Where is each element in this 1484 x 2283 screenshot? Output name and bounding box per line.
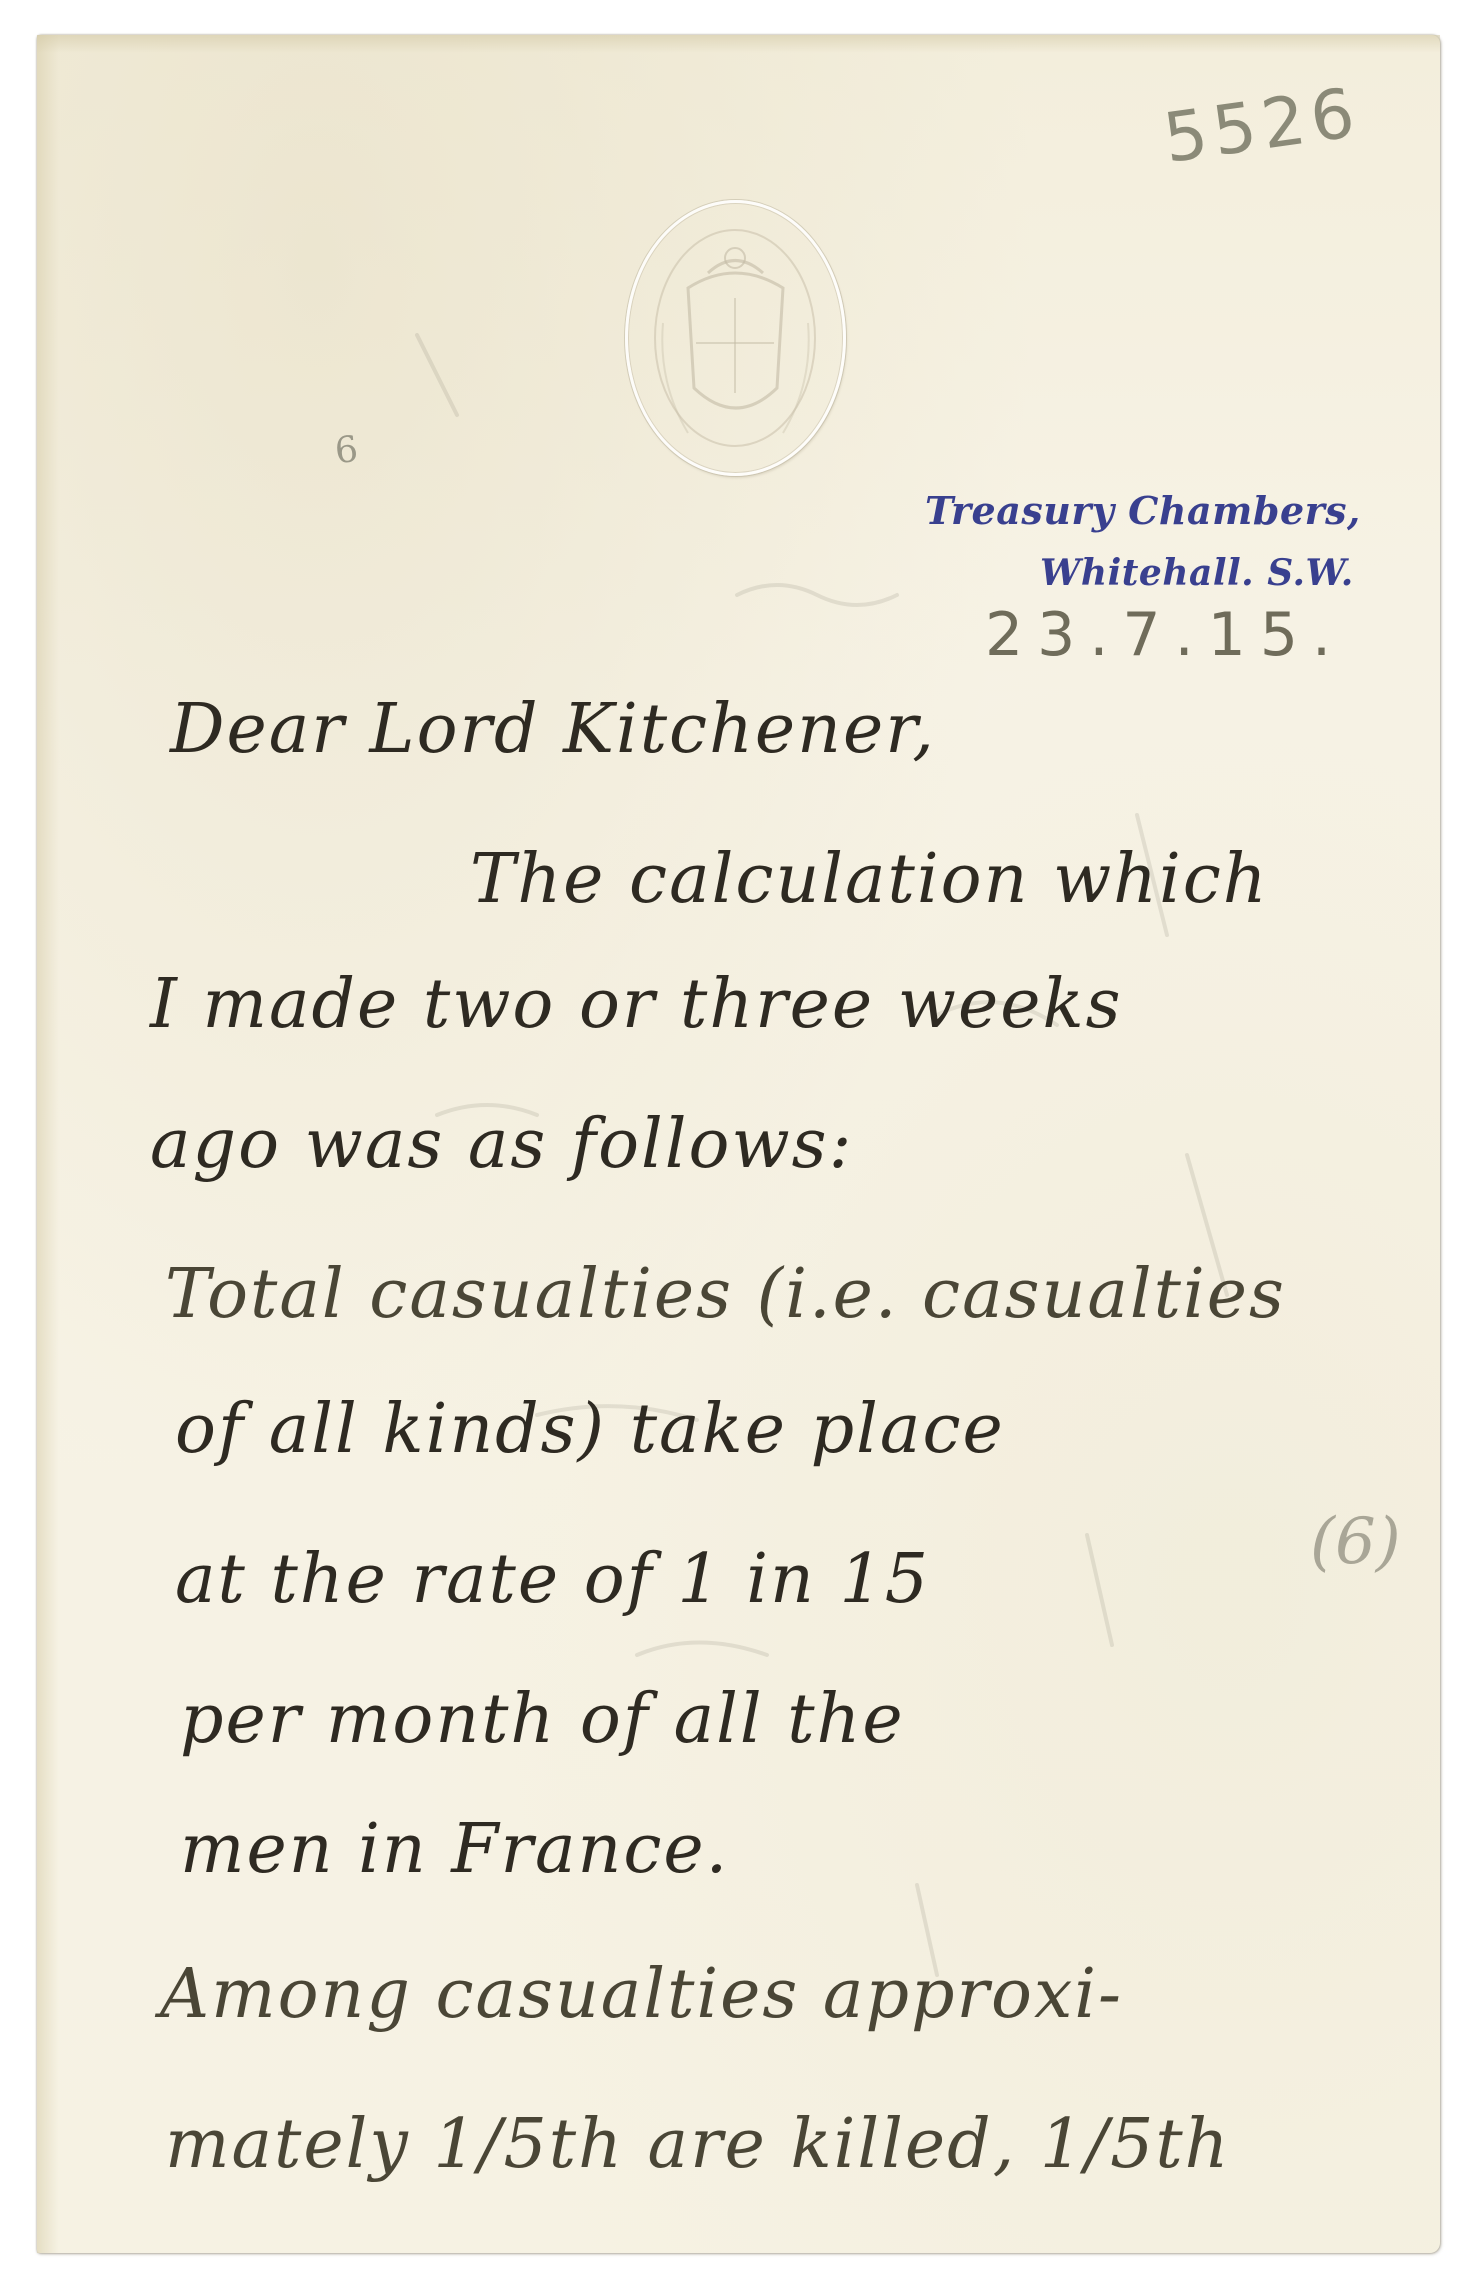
letterhead-line-2: Whitehall. S.W. — [1040, 552, 1354, 594]
pencil-mark: 6 — [333, 429, 360, 472]
letter-date: 23.7.15. — [985, 600, 1345, 670]
body-line: men in France. — [180, 1810, 729, 1889]
body-line: ago was as follows: — [150, 1105, 854, 1184]
letter-page: 5526 6 Treasury Chambers, Whitehall. S.W… — [37, 35, 1440, 2253]
body-line: I made two or three weeks — [150, 965, 1123, 1044]
margin-note: (6) — [1310, 1505, 1401, 1579]
body-line: Total casualties (i.e. casualties — [165, 1255, 1286, 1334]
body-line: of all kinds) take place — [175, 1390, 1005, 1469]
letterhead-line-1: Treasury Chambers, — [925, 488, 1361, 533]
body-line: Among casualties approxi- — [160, 1955, 1123, 2034]
archive-number: 5526 — [1159, 73, 1365, 179]
paper-edge-shading — [37, 35, 1440, 53]
crest-icon — [628, 203, 843, 473]
body-line: at the rate of 1 in 15 — [175, 1540, 930, 1619]
body-line: mately 1/5th are killed, 1/5th — [165, 2105, 1230, 2184]
embossed-crest — [625, 200, 846, 476]
paper-edge-shading — [37, 35, 59, 2253]
salutation: Dear Lord Kitchener, — [170, 690, 936, 769]
body-line: The calculation which — [470, 840, 1269, 919]
body-line: per month of all the — [180, 1680, 905, 1759]
